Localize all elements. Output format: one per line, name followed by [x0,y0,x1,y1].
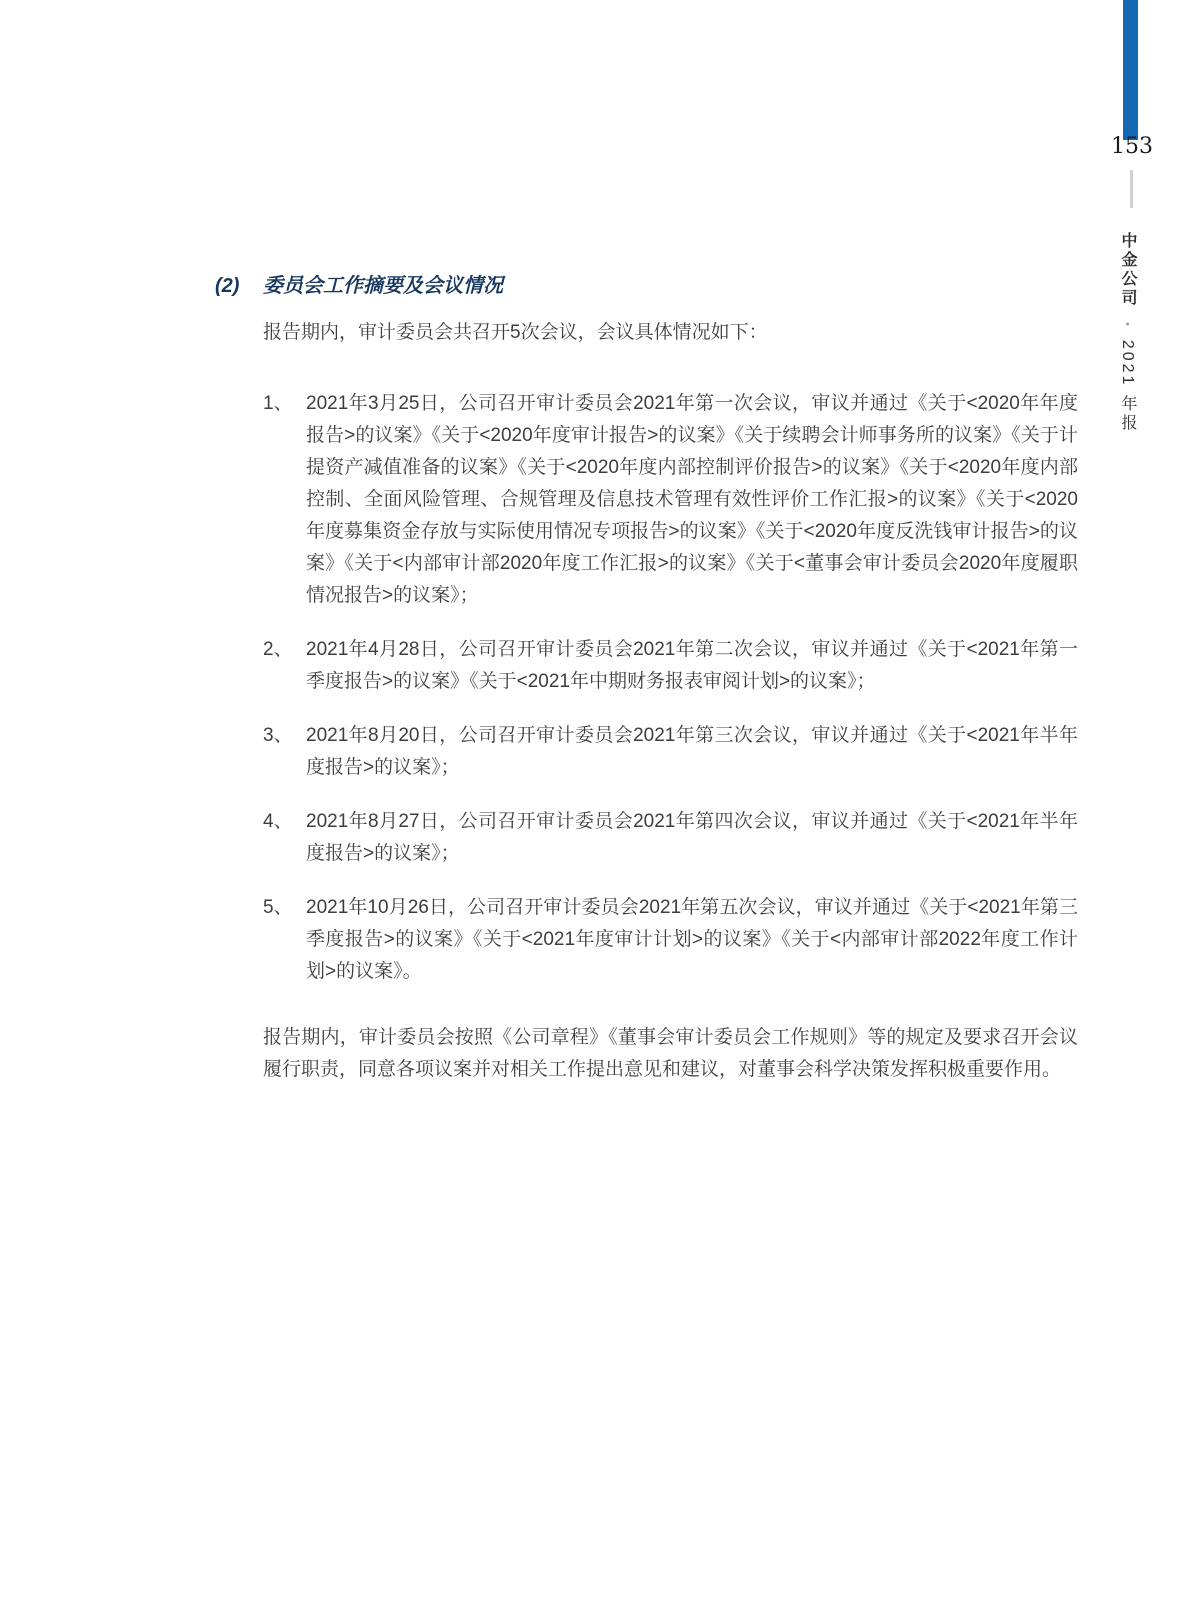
item-text: 2021年10月26日，公司召开审计委员会2021年第五次会议，审议并通过《关于… [306,892,1078,988]
meeting-item: 4、 2021年8月27日，公司召开审计委员会2021年第四次会议，审议并通过《… [263,806,1078,870]
page-number-rule [1130,170,1133,208]
closing-paragraph: 报告期内，审计委员会按照《公司章程》《董事会审计委员会工作规则》等的规定及要求召… [263,1022,1078,1086]
meeting-item: 2、 2021年4月28日，公司召开审计委员会2021年第二次会议，审议并通过《… [263,634,1078,698]
section-heading: (2) 委员会工作摘要及会议情况 [215,272,1078,300]
item-number: 3、 [263,720,306,784]
item-text: 2021年8月20日，公司召开审计委员会2021年第三次会议，审议并通过《关于<… [306,720,1078,784]
item-number: 2、 [263,634,306,698]
meeting-item: 5、 2021年10月26日，公司召开审计委员会2021年第五次会议，审议并通过… [263,892,1078,988]
item-number: 1、 [263,388,306,612]
company-name: 中金公司 [1119,232,1136,308]
intro-paragraph: 报告期内，审计委员会共召开5次会议，会议具体情况如下： [263,318,1078,348]
meeting-list: 1、 2021年3月25日，公司召开审计委员会2021年第一次会议，审议并通过《… [263,388,1078,988]
separator-dot-icon: • [1121,322,1133,326]
sidebar-running-title: 中金公司•2021 年报 [1116,232,1139,652]
main-content: (2) 委员会工作摘要及会议情况 报告期内，审计委员会共召开5次会议，会议具体情… [215,272,1078,1086]
meeting-item: 3、 2021年8月20日，公司召开审计委员会2021年第三次会议，审议并通过《… [263,720,1078,784]
item-text: 2021年4月28日，公司召开审计委员会2021年第二次会议，审议并通过《关于<… [306,634,1078,698]
page-number: 153 [1100,134,1164,159]
page-edge-accent-bar [1123,0,1138,140]
item-number: 4、 [263,806,306,870]
section-number: (2) [215,272,239,300]
report-page: 153 中金公司•2021 年报 (2) 委员会工作摘要及会议情况 报告期内，审… [0,0,1190,1615]
report-year: 2021 年报 [1119,340,1136,433]
item-text: 2021年3月25日，公司召开审计委员会2021年第一次会议，审议并通过《关于<… [306,388,1078,612]
item-text: 2021年8月27日，公司召开审计委员会2021年第四次会议，审议并通过《关于<… [306,806,1078,870]
section-title: 委员会工作摘要及会议情况 [263,275,503,297]
meeting-item: 1、 2021年3月25日，公司召开审计委员会2021年第一次会议，审议并通过《… [263,388,1078,612]
item-number: 5、 [263,892,306,988]
